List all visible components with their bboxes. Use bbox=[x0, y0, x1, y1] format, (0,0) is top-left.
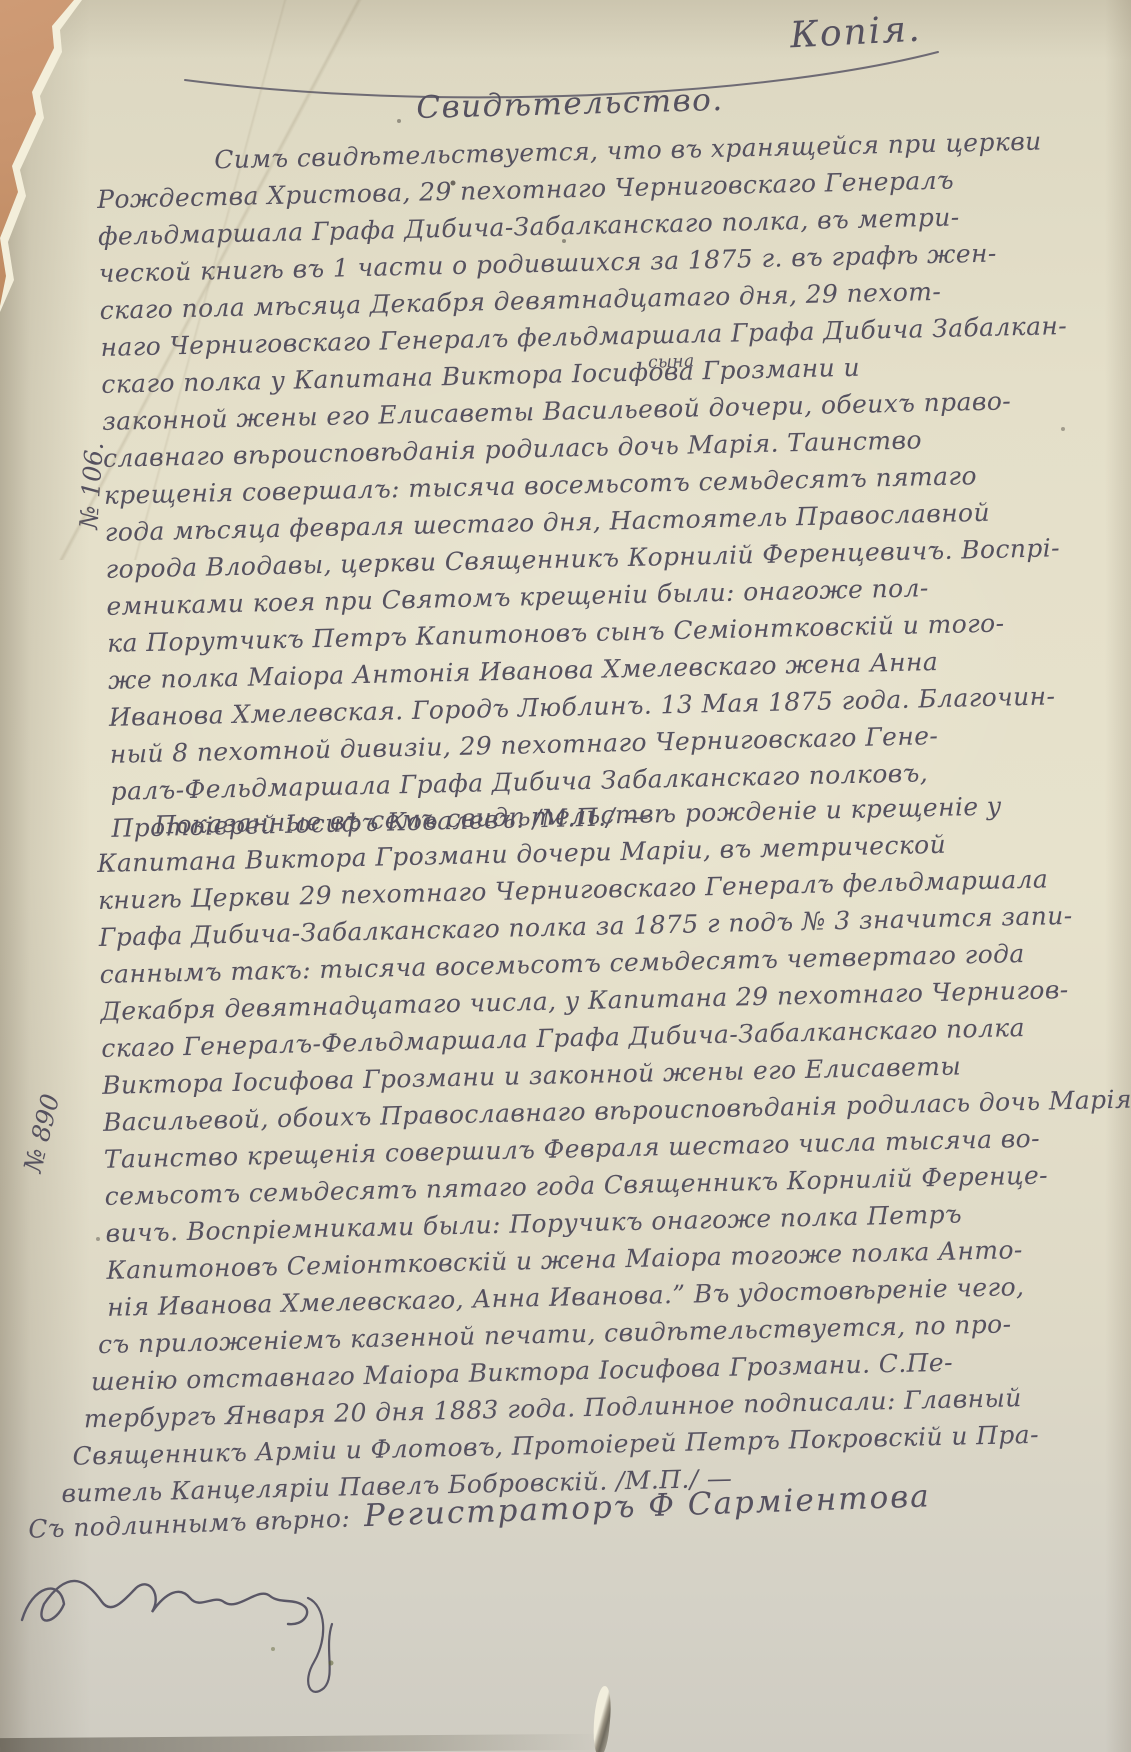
paper-specks bbox=[0, 0, 2, 2]
copy-annotation: Копія. bbox=[789, 9, 922, 57]
document-photo: Копія. Свидѣтельство. № 106. № 890 сына … bbox=[0, 0, 1131, 1752]
paragraph-verification: Показанные въ семъ свидѣтельствѣ рождені… bbox=[96, 790, 1092, 1515]
document-title: Свидѣтельство. bbox=[360, 81, 781, 128]
paragraph-metric-record: Симъ свидѣтельствуется, что въ хранящейс… bbox=[96, 126, 1092, 851]
document-page: Копія. Свидѣтельство. № 106. № 890 сына … bbox=[0, 0, 1131, 1752]
handwritten-signature bbox=[8, 1528, 388, 1718]
margin-number-note: № 890 bbox=[18, 1091, 65, 1175]
table-shadow bbox=[0, 1734, 600, 1752]
